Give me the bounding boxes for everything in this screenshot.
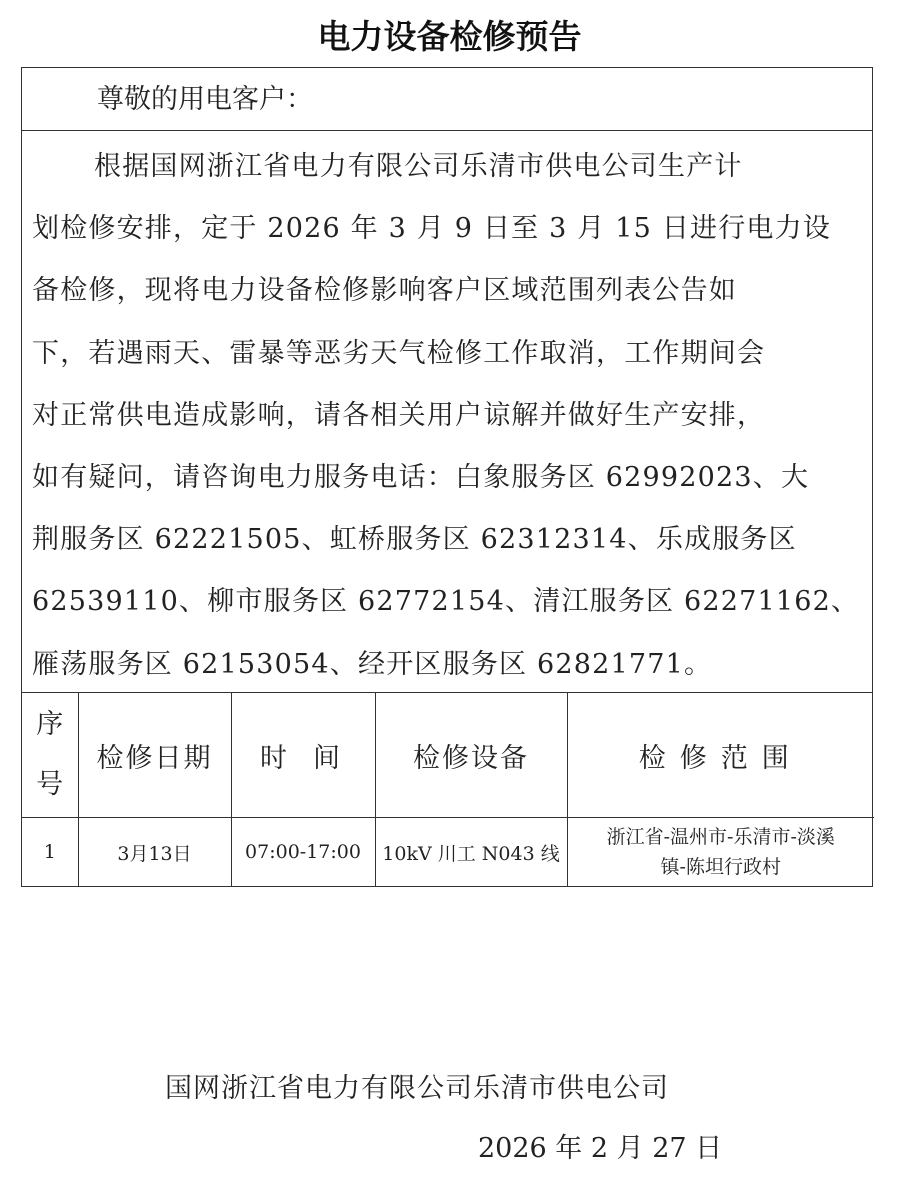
cell-equipment: 10kV 川工 N043 线 [375, 818, 567, 887]
signature-organization: 国网浙江省电力有限公司乐清市供电公司 [165, 1066, 669, 1105]
body-line: 备检修，现将电力设备检修影响客户区域范围列表公告如 [32, 260, 862, 322]
body-line: 雁荡服务区 62153054、经开区服务区 62821771。 [32, 634, 862, 696]
header-date: 检修日期 [78, 693, 231, 818]
signature-date: 2026 年 2 月 27 日 [478, 1126, 722, 1165]
body-line: 根据国网浙江省电力有限公司乐清市供电公司生产计 [32, 136, 862, 198]
header-time: 时间 [231, 693, 375, 818]
body-line: 对正常供电造成影响，请各相关用户谅解并做好生产安排， [32, 385, 862, 447]
notice-box: 尊敬的用电客户： 根据国网浙江省电力有限公司乐清市供电公司生产计 划检修安排，定… [21, 67, 873, 887]
greeting: 尊敬的用电客户： [22, 68, 872, 131]
header-scope: 检修范围 [567, 693, 874, 818]
header-equipment: 检修设备 [375, 693, 567, 818]
table-header-row: 序 号 检修日期 时间 检修设备 检修范围 [22, 693, 874, 818]
notice-body: 根据国网浙江省电力有限公司乐清市供电公司生产计 划检修安排，定于 2026 年 … [22, 131, 872, 693]
body-line: 下，若遇雨天、雷暴等恶劣天气检修工作取消，工作期间会 [32, 323, 862, 385]
body-line: 62539110、柳市服务区 62772154、清江服务区 62271162、 [32, 571, 862, 633]
document-title: 电力设备检修预告 [0, 12, 899, 62]
header-seq: 序 号 [22, 693, 78, 818]
body-line: 荆服务区 62221505、虹桥服务区 62312314、乐成服务区 [32, 509, 862, 571]
body-line: 划检修安排，定于 2026 年 3 月 9 日至 3 月 15 日进行电力设 [32, 198, 862, 260]
cell-seq: 1 [22, 818, 78, 887]
cell-date: 3月13日 [78, 818, 231, 887]
body-line: 如有疑问，请咨询电力服务电话：白象服务区 62992023、大 [32, 447, 862, 509]
cell-scope: 浙江省-温州市-乐清市-淡溪 镇-陈坦行政村 [567, 818, 874, 887]
cell-time: 07:00-17:00 [231, 818, 375, 887]
maintenance-table: 序 号 检修日期 时间 检修设备 检修范围 1 3月13日 07:00-17:0… [22, 693, 874, 886]
table-row: 1 3月13日 07:00-17:00 10kV 川工 N043 线 浙江省-温… [22, 818, 874, 887]
